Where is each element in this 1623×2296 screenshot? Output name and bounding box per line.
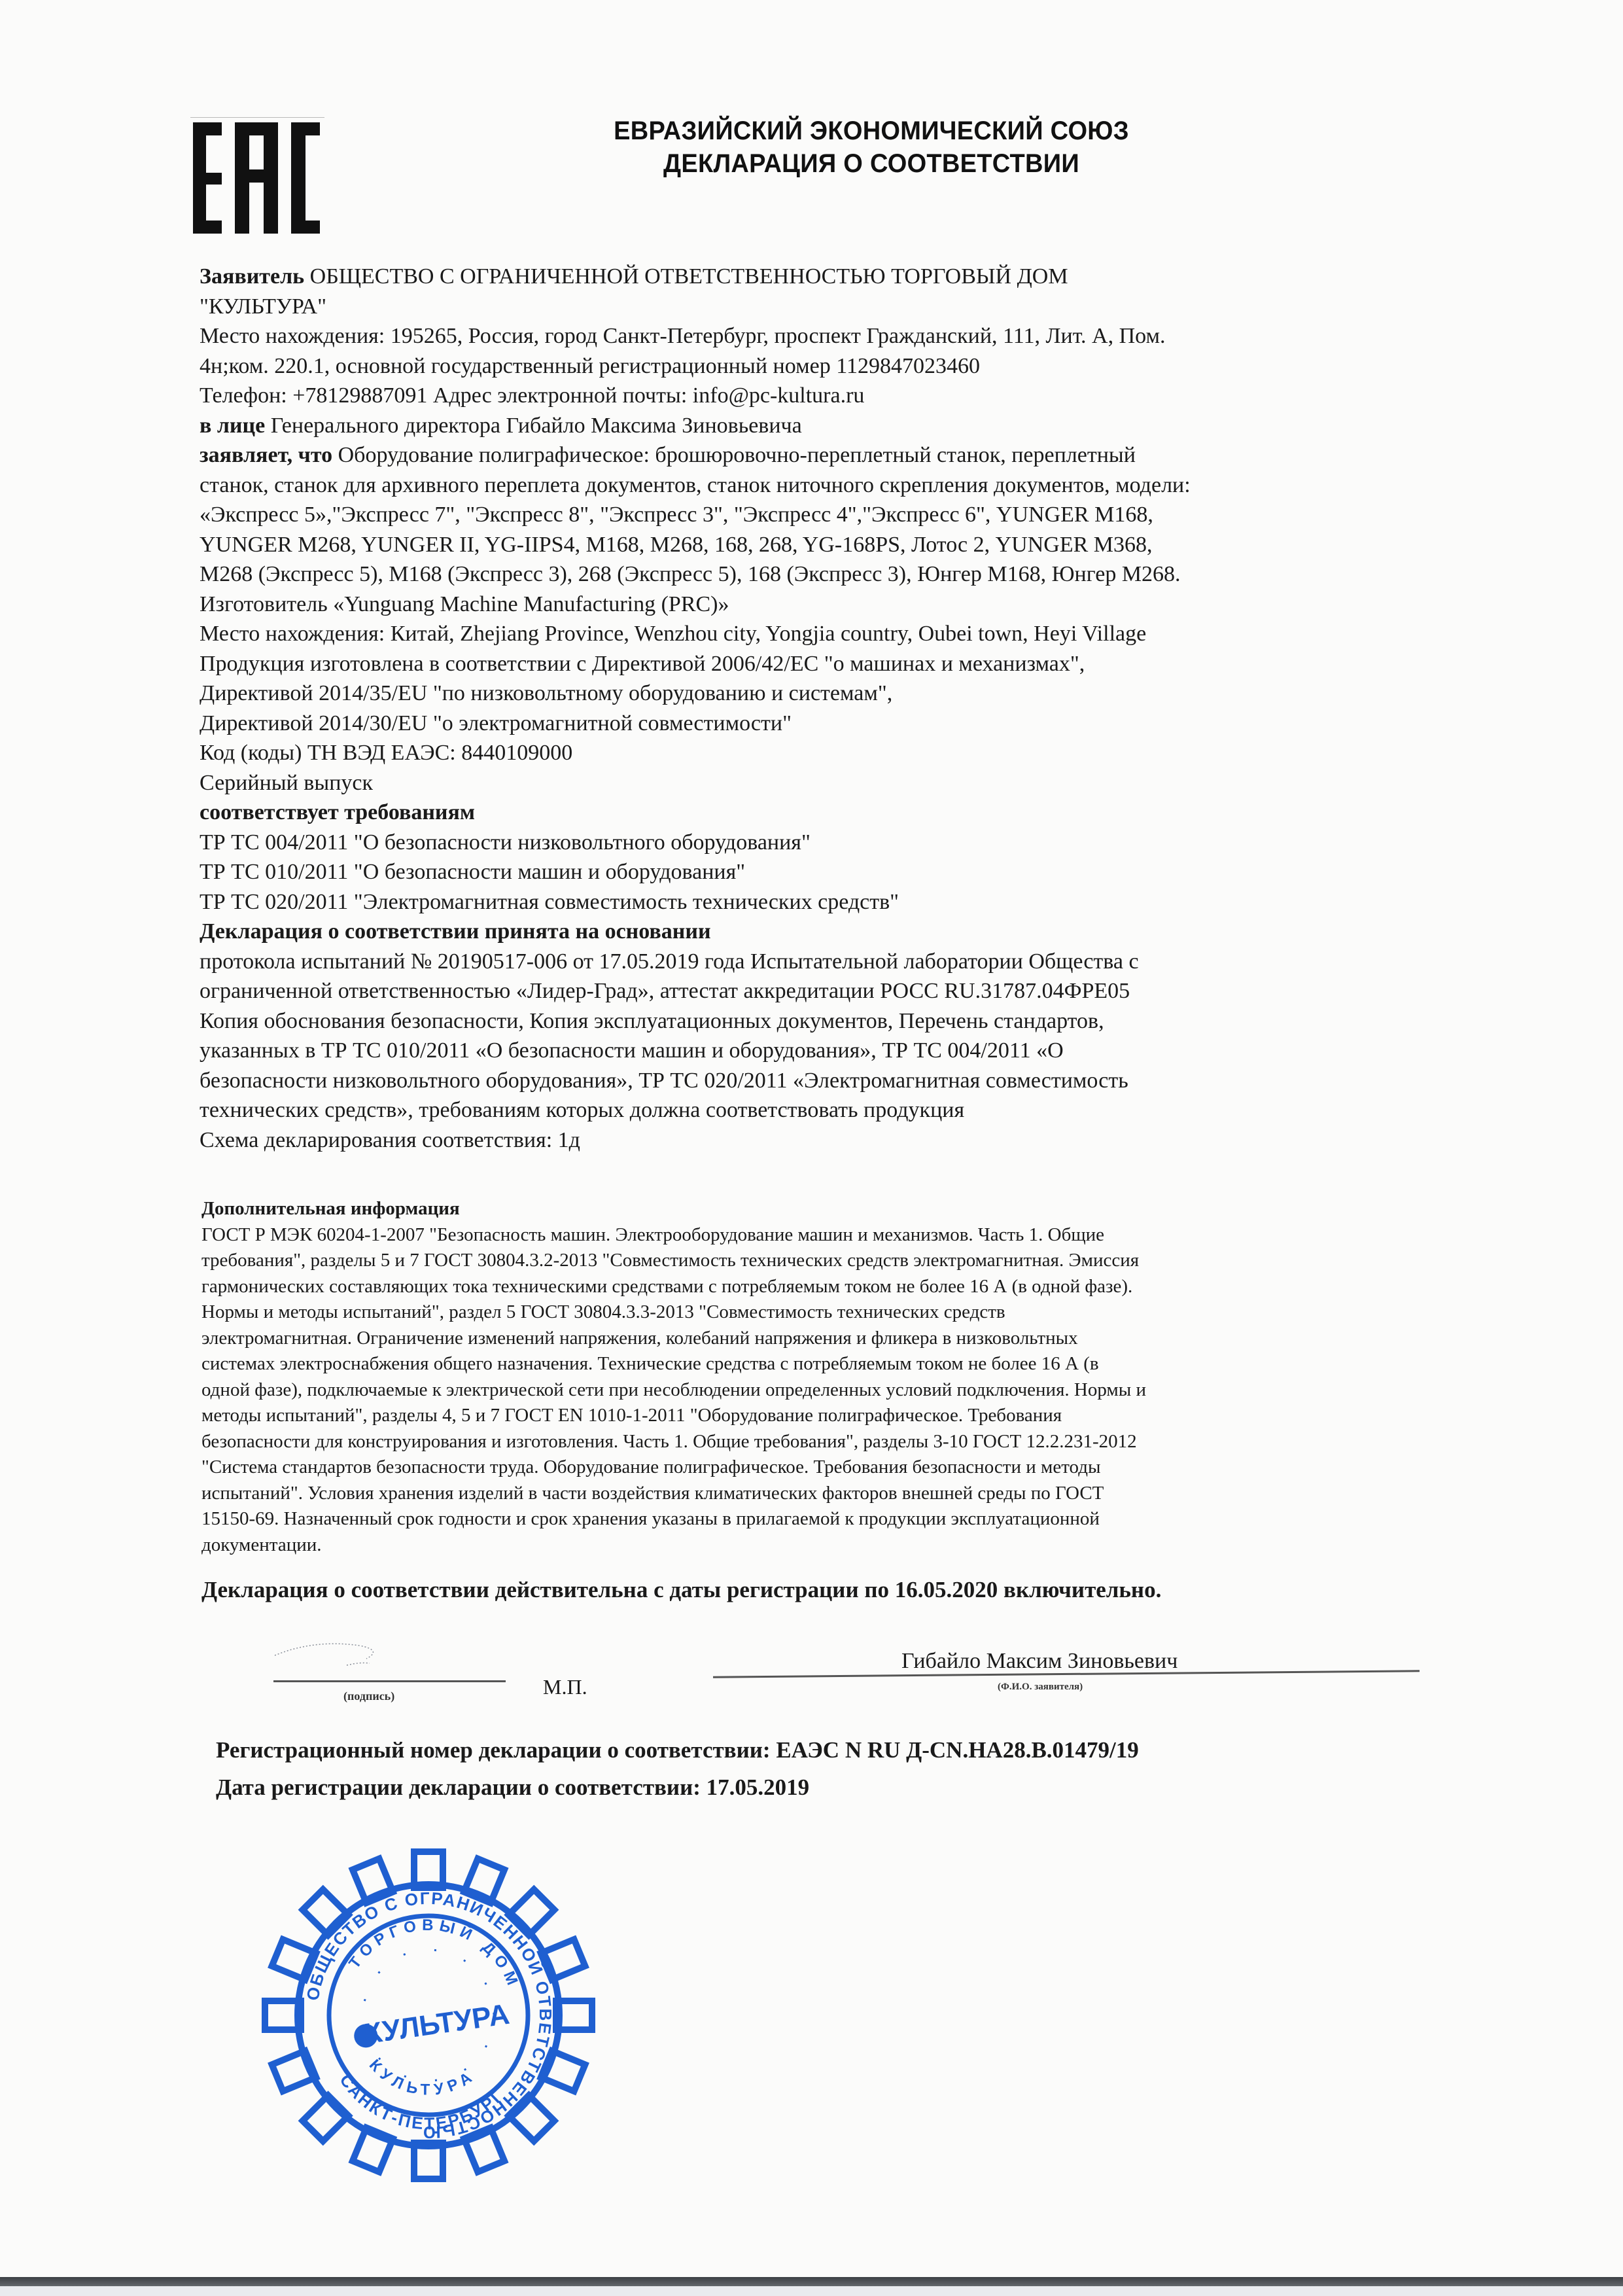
signer-caption: (Ф.И.О. заявителя)	[998, 1682, 1083, 1693]
registration-number: Регистрационный номер декларации о соотв…	[216, 1737, 1139, 1763]
product-description: Оборудование полиграфическое: брошюровоч…	[332, 443, 1136, 467]
additional-info-label: Дополнительная информация	[201, 1196, 1444, 1222]
additional-info-line: испытаний". Условия хранения изделий в ч…	[201, 1481, 1444, 1507]
directive-line: Директивой 2014/30/EU "о электромагнитно…	[200, 709, 1442, 739]
svg-text:КУЛЬТУРА: КУЛЬТУРА	[366, 2056, 480, 2098]
svg-text:САНКТ-ПЕТЕРБУРГ: САНКТ-ПЕТЕРБУРГ	[336, 2070, 508, 2133]
declares-line: заявляет, что Оборудование полиграфическ…	[200, 440, 1442, 470]
signature-line	[273, 1680, 506, 1682]
directive-line: Директивой 2014/35/EU "по низковольтному…	[200, 679, 1442, 709]
basis-label: Декларация о соответствии принята на осн…	[200, 917, 1442, 947]
applicant-name: ОБЩЕСТВО С ОГРАНИЧЕННОЙ ОТВЕТСТВЕННОСТЬЮ…	[304, 264, 1068, 289]
document-title: ДЕКЛАРАЦИЯ О СООТВЕТСТВИИ	[179, 149, 1565, 179]
declares-label: заявляет, что	[200, 443, 332, 467]
page-bottom-edge	[0, 2277, 1623, 2286]
requirement-item: ТР ТС 020/2011 "Электромагнитная совмест…	[200, 887, 1442, 917]
signature-caption: (подпись)	[343, 1689, 394, 1703]
additional-info-line: гармонических составляющих тока техничес…	[201, 1274, 1444, 1300]
product-line: M268 (Экспресс 5), M168 (Экспресс 3), 26…	[200, 559, 1442, 590]
basis-line: Копия обоснования безопасности, Копия эк…	[200, 1006, 1442, 1036]
basis-line: технических средств», требованиям которы…	[200, 1095, 1442, 1125]
applicant-line: Заявитель ОБЩЕСТВО С ОГРАНИЧЕННОЙ ОТВЕТС…	[200, 262, 1442, 292]
applicant-contacts: Телефон: +78129887091 Адрес электронной …	[200, 381, 1442, 411]
stamp-bottom-inner: КУЛЬТУРА	[366, 2056, 480, 2098]
basis-line: указанных в ТР ТС 010/2011 «О безопаснос…	[200, 1036, 1442, 1066]
manufacturer-address: Место нахождения: Китай, Zhejiang Provin…	[200, 619, 1442, 649]
product-line: YUNGER M268, YUNGER II, YG-IIPS4, M168, …	[200, 530, 1442, 560]
basis-line: ограниченной ответственностью «Лидер-Гра…	[200, 976, 1442, 1006]
registration-date: Дата регистрации декларации о соответств…	[216, 1775, 809, 1801]
manufacturer-name: Изготовитель «Yunguang Machine Manufactu…	[200, 590, 1442, 620]
signer-name: Гибайло Максим Зиновьевич	[901, 1649, 1178, 1674]
basis-line: безопасности низковольтного оборудования…	[200, 1066, 1442, 1096]
represented-label: в лице	[200, 414, 265, 438]
represented-line: в лице Генерального директора Гибайло Ма…	[200, 411, 1442, 441]
applicant-label: Заявитель	[200, 264, 304, 289]
additional-info-line: системах электроснабжения общего назначе…	[201, 1351, 1444, 1377]
applicant-address: Место нахождения: 195265, Россия, город …	[200, 321, 1442, 351]
stamp-center-text: КУЛЬТУРА	[362, 1998, 512, 2051]
additional-info-line: одной фазе), подключаемые к электрическо…	[201, 1377, 1444, 1404]
additional-info-line: 15150-69. Назначенный срок годности и ср…	[201, 1506, 1444, 1532]
additional-info-line: "Система стандартов безопасности труда. …	[201, 1455, 1444, 1481]
hs-code: Код (коды) ТН ВЭД ЕАЭС: 8440109000	[200, 738, 1442, 768]
additional-info: Дополнительная информация ГОСТ Р МЭК 602…	[201, 1196, 1444, 1558]
company-stamp: ОБЩЕСТВО С ОГРАНИЧЕННОЙ ОТВЕТСТВЕННОСТЬЮ…	[258, 1845, 599, 2185]
applicant-name-cont: "КУЛЬТУРА"	[200, 292, 1442, 322]
declaration-scheme: Схема декларирования соответствия: 1д	[200, 1125, 1442, 1156]
production-type: Серийный выпуск	[200, 768, 1442, 798]
signature-mark	[262, 1629, 419, 1682]
stamp-bottom-outer: САНКТ-ПЕТЕРБУРГ	[336, 2070, 508, 2133]
union-title: ЕВРАЗИЙСКИЙ ЭКОНОМИЧЕСКИЙ СОЮЗ	[179, 116, 1565, 146]
additional-info-line: документации.	[201, 1532, 1444, 1559]
represented-by: Генерального директора Гибайло Максима З…	[265, 414, 802, 438]
additional-info-line: электромагнитная. Ограничение изменений …	[201, 1326, 1444, 1352]
requirements-label: соответствует требованиям	[200, 798, 1442, 828]
requirement-item: ТР ТС 004/2011 "О безопасности низковоль…	[200, 828, 1442, 858]
additional-info-line: Нормы и методы испытаний", раздел 5 ГОСТ…	[201, 1299, 1444, 1326]
additional-info-line: методы испытаний", разделы 4, 5 и 7 ГОСТ…	[201, 1403, 1444, 1429]
product-line: «Экспресс 5»,"Экспресс 7", "Экспресс 8",…	[200, 500, 1442, 530]
basis-line: протокола испытаний № 20190517-006 от 17…	[200, 947, 1442, 977]
requirement-item: ТР ТС 010/2011 "О безопасности машин и о…	[200, 857, 1442, 887]
additional-info-line: ГОСТ Р МЭК 60204-1-2007 "Безопасность ма…	[201, 1222, 1444, 1248]
declaration-body: Заявитель ОБЩЕСТВО С ОГРАНИЧЕННОЙ ОТВЕТС…	[200, 262, 1442, 1155]
additional-info-line: требования", разделы 5 и 7 ГОСТ 30804.3.…	[201, 1248, 1444, 1274]
additional-info-line: безопасности для конструирования и изгот…	[201, 1429, 1444, 1455]
directive-line: Продукция изготовлена в соответствии с Д…	[200, 649, 1442, 679]
applicant-address-cont: 4н;ком. 220.1, основной государственный …	[200, 351, 1442, 381]
product-line: станок, станок для архивного переплета д…	[200, 470, 1442, 501]
seal-mark: М.П.	[543, 1675, 587, 1699]
validity-statement: Декларация о соответствии действительна …	[201, 1577, 1161, 1603]
